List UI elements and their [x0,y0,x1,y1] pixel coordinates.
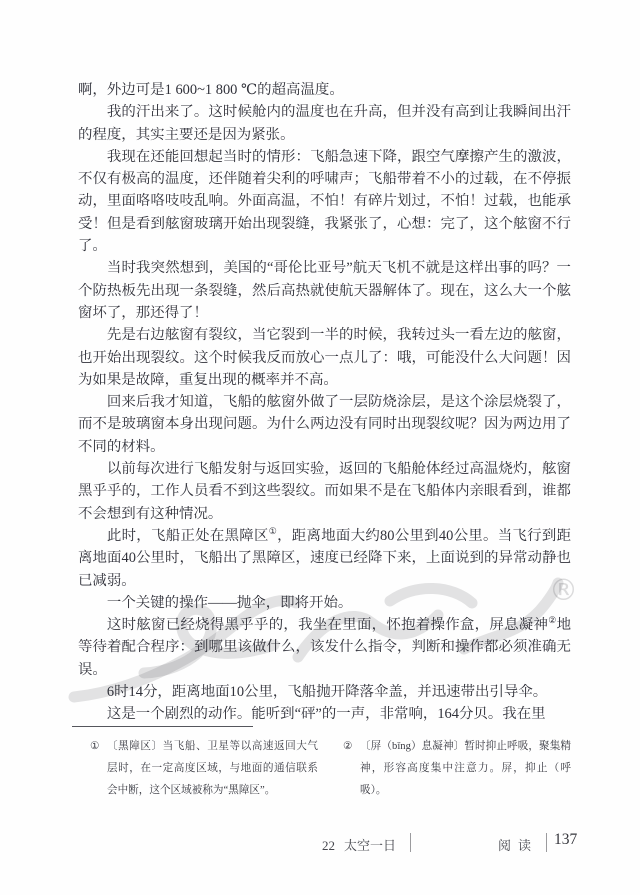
paragraph: 先是右边舷窗有裂纹，当它裂到一半的时候，我转过头一看左边的舷窗，也开始出现裂纹。… [78,324,571,391]
paragraph: 这时舷窗已经烧得黑乎乎的，我坐在里面，怀抱着操作盒，屏息凝神②地等待着配合程序：… [78,614,571,681]
footer-divider-bar [546,833,547,852]
lesson-title: 太空一日 [344,838,396,853]
footnote: ①〔黑障区〕当飞船、卫星等以高速返回大气层时，在一定高度区域，与地面的通信联系会… [90,736,318,801]
footer-lesson: 22太空一日 [322,835,396,854]
footnote-marker: ① [90,736,107,801]
footnote-text: 〔黑障区〕当飞船、卫星等以高速返回大气层时，在一定高度区域，与地面的通信联系会中… [107,736,318,801]
paragraph: 以前每次进行飞船发射与返回实验，返回的飞船舱体经过高温烧灼，舷窗黑乎乎的，工作人… [78,458,571,525]
paragraph: 我现在还能回想起当时的情形：飞船急速下降，跟空气摩擦产生的激波，不仅有极高的温度… [78,146,571,257]
footer-divider-bar [410,833,411,852]
body-text: 啊，外边可是1 600~1 800 ℃的超高温度。我的汗出来了。这时候舱内的温度… [78,79,571,726]
paragraph: 这是一个剧烈的动作。能听到“砰”的一声，非常响，164分贝。我在里 [78,703,571,725]
paragraph: 啊，外边可是1 600~1 800 ℃的超高温度。 [78,79,571,101]
footer-section-label: 阅读 [498,835,538,854]
paragraph: 6时14分，距离地面10公里，飞船抛开降落伞盖，并迅速带出引导伞。 [78,681,571,703]
footnotes: ①〔黑障区〕当飞船、卫星等以高速返回大气层时，在一定高度区域，与地面的通信联系会… [90,736,571,801]
footnote-column-2: ②〔屏（bǐng）息凝神〕暂时抑止呼吸，聚集精神，形容高度集中注意力。屏，抑止（… [343,736,571,801]
textbook-page: ® 啊，外边可是1 600~1 800 ℃的超高温度。我的汗出来了。这时候舱内的… [0,0,640,895]
footnote-ref: ① [269,526,277,536]
footnote: ②〔屏（bǐng）息凝神〕暂时抑止呼吸，聚集精神，形容高度集中注意力。屏，抑止（… [343,736,571,801]
paragraph: 回来后我才知道，飞船的舷窗外做了一层防烧涂层，是这个涂层烧裂了，而不是玻璃窗本身… [78,391,571,458]
footnote-ref: ② [548,615,556,625]
footnote-divider [72,726,253,727]
paragraph: 我的汗出来了。这时候舱内的温度也在升高，但并没有高到让我瞬间出汗的程度，其实主要… [78,101,571,146]
lesson-number: 22 [322,838,335,853]
paragraph: 当时我突然想到，美国的“哥伦比亚号”航天飞机不就是这样出事的吗？一个防热板先出现… [78,257,571,324]
footnote-text: 〔屏（bǐng）息凝神〕暂时抑止呼吸，聚集精神，形容高度集中注意力。屏，抑止（呼… [360,736,571,801]
footnote-column-1: ①〔黑障区〕当飞船、卫星等以高速返回大气层时，在一定高度区域，与地面的通信联系会… [90,736,318,801]
paragraph: 一个关键的操作——抛伞，即将开始。 [78,592,571,614]
page-number: 137 [554,831,577,849]
paragraph: 此时，飞船正处在黑障区①，距离地面大约80公里到40公里。当飞行到距离地面40公… [78,525,571,592]
footnote-marker: ② [343,736,360,801]
